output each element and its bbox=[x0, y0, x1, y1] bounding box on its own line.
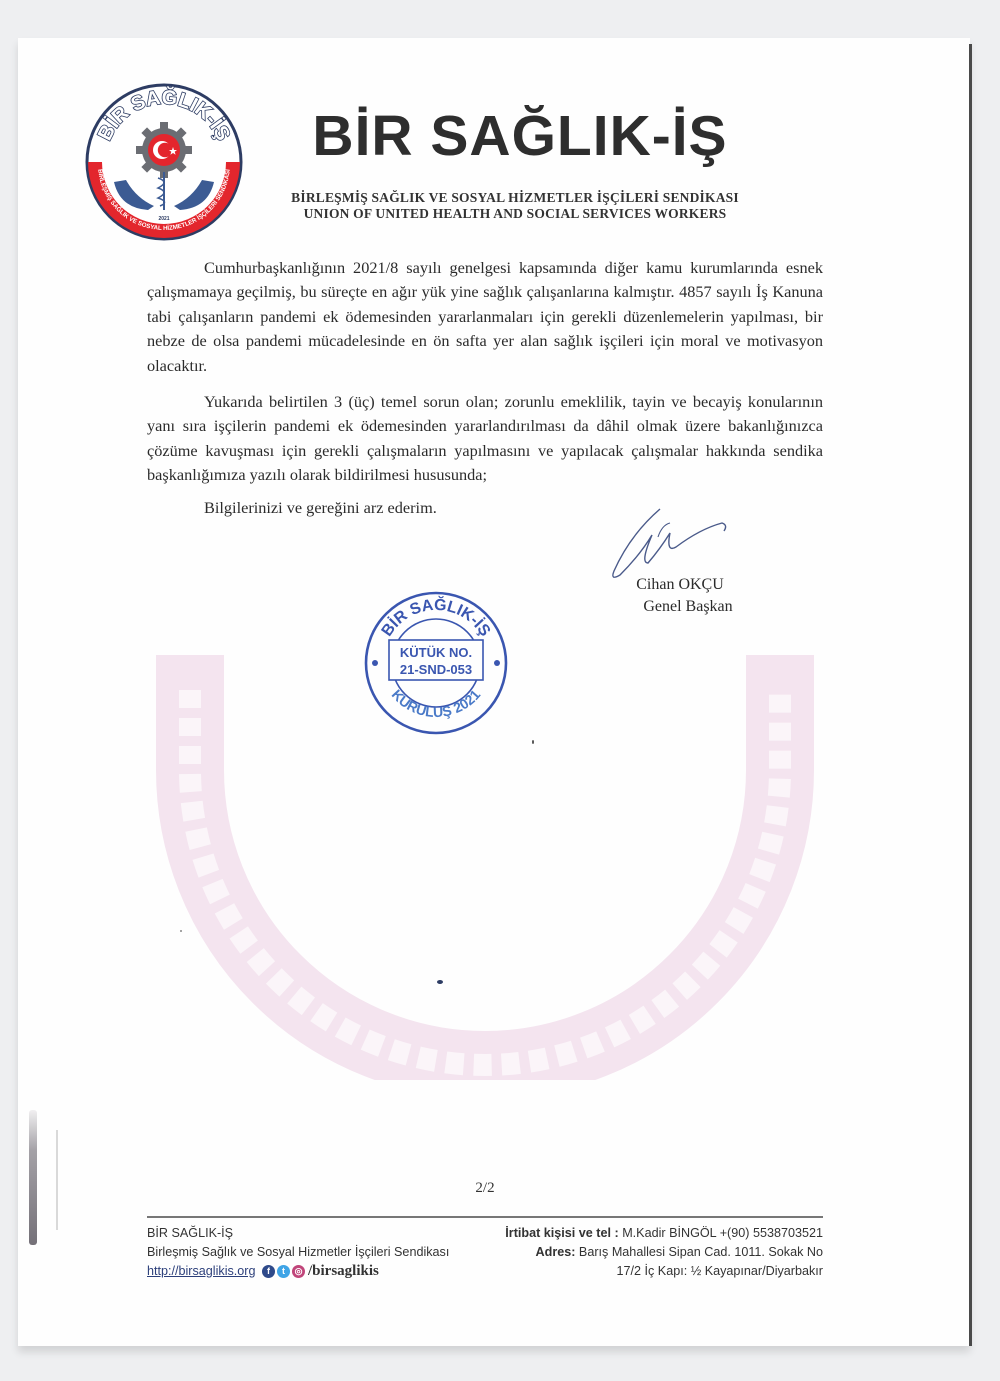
svg-text:KÜTÜK NO.: KÜTÜK NO. bbox=[400, 645, 472, 660]
official-stamp: BİR SAĞLIK-İŞ KURULUŞ 2021 KÜTÜK NO. 21-… bbox=[361, 588, 511, 738]
body-paragraph: Yukarıda belirtilen 3 (üç) temel sorun o… bbox=[147, 390, 823, 488]
svg-text:2021: 2021 bbox=[158, 216, 169, 222]
contact-value: M.Kadir BİNGÖL +(90) 5538703521 bbox=[622, 1226, 823, 1240]
footer-organization-info: BİR SAĞLIK-İŞ Birleşmiş Sağlık ve Sosyal… bbox=[147, 1224, 477, 1281]
facebook-icon[interactable]: f bbox=[262, 1265, 275, 1278]
twitter-icon[interactable]: t bbox=[277, 1265, 290, 1278]
svg-text:21-SND-053: 21-SND-053 bbox=[400, 662, 472, 677]
page-edge-shadow bbox=[969, 44, 972, 1346]
address-line-1: Barış Mahallesi Sipan Cad. 1011. Sokak N… bbox=[579, 1245, 823, 1259]
organization-subtitle-en: UNION OF UNITED HEALTH AND SOCIAL SERVIC… bbox=[255, 206, 775, 222]
signature-scribble bbox=[600, 505, 760, 585]
scan-artifact bbox=[29, 1110, 37, 1245]
union-logo: BİR SAĞLIK-İŞ BİRLEŞMİŞ SAĞLIK VE SOSYAL… bbox=[84, 82, 244, 242]
address-label: Adres: bbox=[536, 1245, 576, 1259]
instagram-icon[interactable]: ◎ bbox=[292, 1265, 305, 1278]
footer-org-name: BİR SAĞLIK-İŞ bbox=[147, 1224, 477, 1243]
address-line-2: 17/2 İç Kapı: ½ Kayapınar/Diyarbakır bbox=[450, 1262, 823, 1281]
website-link[interactable]: http://birsaglikis.org bbox=[147, 1264, 256, 1278]
page-number: 2/2 bbox=[470, 1180, 500, 1197]
body-paragraph: Cumhurbaşkanlığının 2021/8 sayılı genelg… bbox=[147, 256, 823, 378]
scan-artifact bbox=[56, 1130, 58, 1230]
footer-org-full-name: Birleşmiş Sağlık ve Sosyal Hizmetler İşç… bbox=[147, 1243, 477, 1262]
footer-contact-info: İrtibat kişisi ve tel : M.Kadir BİNGÖL +… bbox=[450, 1224, 823, 1281]
svg-text:BİR SAĞLIK-İŞ: BİR SAĞLIK-İŞ bbox=[379, 595, 494, 640]
svg-text:KURULUŞ 2021: KURULUŞ 2021 bbox=[389, 686, 484, 720]
contact-label: İrtibat kişisi ve tel : bbox=[505, 1226, 618, 1240]
social-handle: /birsaglikis bbox=[308, 1263, 379, 1279]
closing-line: Bilgilerinizi ve gereğini arz ederim. bbox=[204, 498, 437, 518]
footer-divider bbox=[147, 1216, 823, 1218]
signer-title: Genel Başkan bbox=[598, 598, 778, 616]
organization-subtitle-tr: BİRLEŞMİŞ SAĞLIK VE SOSYAL HİZMETLER İŞÇ… bbox=[255, 190, 775, 206]
signer-name: Cihan OKÇU bbox=[590, 576, 770, 594]
organization-title: BİR SAĞLIK-İŞ bbox=[270, 108, 770, 165]
